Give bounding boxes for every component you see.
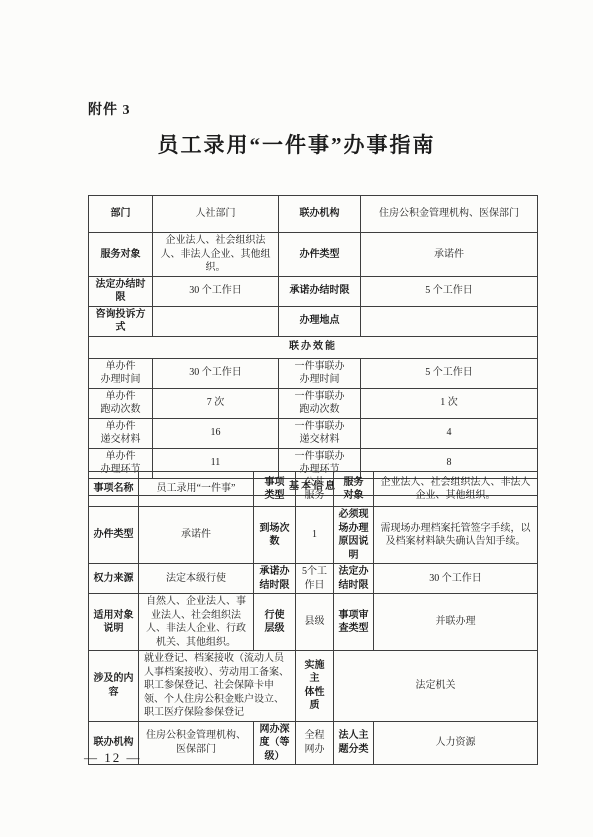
- cell-label: 单办件 办理时间: [89, 358, 153, 388]
- cell-value: 并联办理: [374, 594, 538, 651]
- cell-value: 住房公积金管理机构、医保部门: [139, 721, 254, 765]
- table-row: 适用对象 说明 自然人、企业法人、事业法人、社会组织法人、非法人企业、行政机关、…: [89, 594, 538, 651]
- cell-value: 5 个工作日: [361, 358, 538, 388]
- cell-value: 30 个工作日: [374, 564, 538, 594]
- cell-label: 承诺办结时限: [279, 276, 361, 306]
- cell-label: 到场次 数: [254, 507, 296, 564]
- document-page: 附件 3 员工录用“一件事”办事指南 部门 人社部门 联办机构 住房公积金管理机…: [0, 0, 593, 837]
- cell-label: 事项审 查类型: [334, 594, 374, 651]
- cell-label: 事项 类型: [254, 472, 296, 507]
- table-row: 服务对象 企业法人、社会组织法人、非法人企业、其他组织。 办件类型 承诺件: [89, 233, 538, 277]
- cell-label: 服务对象: [89, 233, 153, 277]
- cell-label: 办理地点: [279, 306, 361, 336]
- cell-label: 法定办结时限: [89, 276, 153, 306]
- table-row: 权力来源 法定本级行使 承诺办 结时限 5个工 作日 法定办 结时限 30 个工…: [89, 564, 538, 594]
- page-title: 员工录用“一件事”办事指南: [0, 129, 593, 159]
- cell-label: 单办件 跑动次数: [89, 388, 153, 418]
- cell-value: 企业法人、社会组织法人、非法人企业、其他组织。: [153, 233, 279, 277]
- cell-value: 公共 服务: [296, 472, 334, 507]
- cell-value: 人力资源: [374, 721, 538, 765]
- table-row: 办件类型 承诺件 到场次 数 1 必须现 场办理 原因说 明 需现场办理档案托管…: [89, 507, 538, 564]
- cell-value: [153, 306, 279, 336]
- cell-value: 人社部门: [153, 196, 279, 233]
- cell-label: 一件事联办 办理时间: [279, 358, 361, 388]
- cell-value: 4: [361, 418, 538, 448]
- section-header-efficiency: 联办效能: [89, 336, 538, 358]
- cell-label: 承诺办 结时限: [254, 564, 296, 594]
- cell-value: 1: [296, 507, 334, 564]
- cell-value: 自然人、企业法人、事业法人、社会组织法人、非法人企业、行政机关、其他组织。: [139, 594, 254, 651]
- cell-label: 服务 对象: [334, 472, 374, 507]
- attachment-label: 附件 3: [88, 99, 131, 119]
- table-row: 部门 人社部门 联办机构 住房公积金管理机构、医保部门: [89, 196, 538, 233]
- cell-label: 一件事联办 递交材料: [279, 418, 361, 448]
- cell-value: 7 次: [153, 388, 279, 418]
- section-header-row: 联办效能: [89, 336, 538, 358]
- cell-value: 5 个工作日: [361, 276, 538, 306]
- basic-info-table: 事项名称 员工录用“一件事” 事项 类型 公共 服务 服务 对象 企业法人、社会…: [88, 471, 538, 765]
- cell-value: [361, 306, 538, 336]
- table-row: 联办机构 住房公积金管理机构、医保部门 网办深 度（等 级） 全程 网办 法人主…: [89, 721, 538, 765]
- table-row: 单办件 递交材料 16 一件事联办 递交材料 4: [89, 418, 538, 448]
- table-row: 法定办结时限 30 个工作日 承诺办结时限 5 个工作日: [89, 276, 538, 306]
- cell-label: 适用对象 说明: [89, 594, 139, 651]
- cell-label: 网办深 度（等 级）: [254, 721, 296, 765]
- cell-value: 企业法人、社会组织法人、非法人企业、其他组织。: [374, 472, 538, 507]
- cell-value: 法定机关: [334, 651, 538, 722]
- cell-label: 法定办 结时限: [334, 564, 374, 594]
- cell-label: 联办机构: [279, 196, 361, 233]
- cell-label: 实施主 体性质: [296, 651, 334, 722]
- cell-value: 承诺件: [361, 233, 538, 277]
- cell-label: 法人主 题分类: [334, 721, 374, 765]
- cell-value: 1 次: [361, 388, 538, 418]
- cell-label: 咨询投诉方式: [89, 306, 153, 336]
- cell-label: 权力来源: [89, 564, 139, 594]
- table-row: 单办件 办理时间 30 个工作日 一件事联办 办理时间 5 个工作日: [89, 358, 538, 388]
- cell-value: 就业登记、档案接收（流动人员人事档案接收）、劳动用工备案、职工参保登记、社会保障…: [139, 651, 296, 722]
- cell-label: 必须现 场办理 原因说 明: [334, 507, 374, 564]
- info-efficiency-table: 部门 人社部门 联办机构 住房公积金管理机构、医保部门 服务对象 企业法人、社会…: [88, 195, 538, 496]
- table-row: 咨询投诉方式 办理地点: [89, 306, 538, 336]
- cell-value: 住房公积金管理机构、医保部门: [361, 196, 538, 233]
- cell-value: 承诺件: [139, 507, 254, 564]
- cell-value: 需现场办理档案托管签字手续，以及档案材料缺失确认告知手续。: [374, 507, 538, 564]
- cell-label: 涉及的内 容: [89, 651, 139, 722]
- cell-label: 办件类型: [279, 233, 361, 277]
- cell-label: 单办件 递交材料: [89, 418, 153, 448]
- cell-label: 行使 层级: [254, 594, 296, 651]
- page-number: — 12 —: [84, 750, 142, 766]
- cell-value: 5个工 作日: [296, 564, 334, 594]
- cell-label: 事项名称: [89, 472, 139, 507]
- cell-value: 员工录用“一件事”: [139, 472, 254, 507]
- cell-value: 县级: [296, 594, 334, 651]
- cell-label: 办件类型: [89, 507, 139, 564]
- cell-value: 16: [153, 418, 279, 448]
- table-row: 单办件 跑动次数 7 次 一件事联办 跑动次数 1 次: [89, 388, 538, 418]
- table-row: 涉及的内 容 就业登记、档案接收（流动人员人事档案接收）、劳动用工备案、职工参保…: [89, 651, 538, 722]
- cell-label: 部门: [89, 196, 153, 233]
- table-row: 事项名称 员工录用“一件事” 事项 类型 公共 服务 服务 对象 企业法人、社会…: [89, 472, 538, 507]
- cell-value: 全程 网办: [296, 721, 334, 765]
- cell-value: 30 个工作日: [153, 358, 279, 388]
- cell-value: 法定本级行使: [139, 564, 254, 594]
- cell-label: 一件事联办 跑动次数: [279, 388, 361, 418]
- cell-value: 30 个工作日: [153, 276, 279, 306]
